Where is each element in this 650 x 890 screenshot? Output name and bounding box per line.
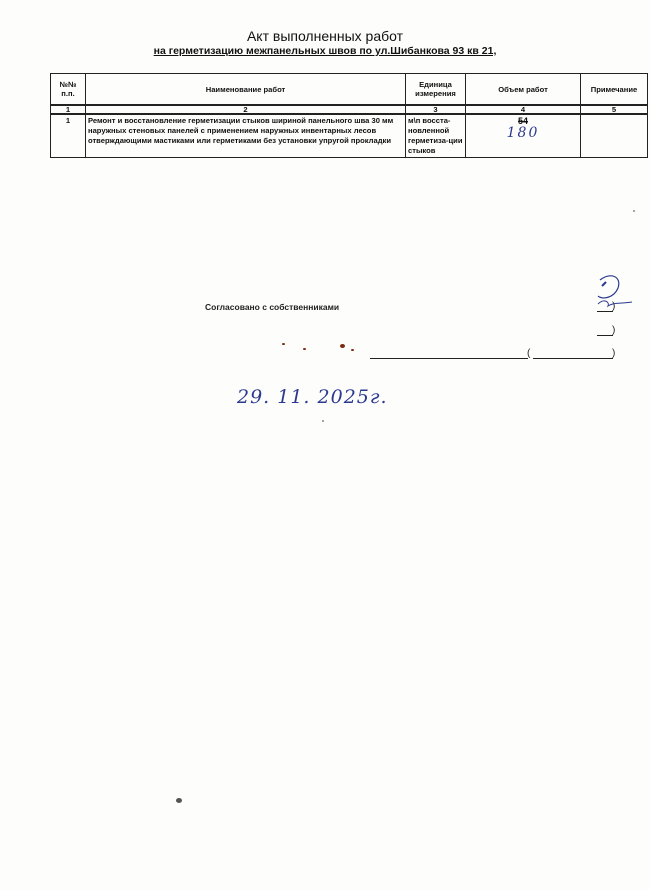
header-note: Примечание bbox=[581, 74, 648, 106]
paren-close: ) bbox=[612, 325, 615, 336]
row-note bbox=[581, 114, 648, 158]
signature-line bbox=[533, 358, 613, 359]
header-work-name: Наименование работ bbox=[86, 74, 406, 106]
scan-speck bbox=[340, 344, 345, 348]
signature-line bbox=[370, 358, 528, 359]
signature-line bbox=[597, 335, 613, 336]
column-number: 1 bbox=[51, 105, 86, 114]
header-number: №№ п.п. bbox=[51, 74, 86, 106]
handwritten-date: 29. 11. 2025г. bbox=[237, 386, 388, 408]
scan-speck bbox=[176, 798, 182, 803]
row-unit: м\п восста-новленной герметиза-ции стыко… bbox=[406, 114, 466, 158]
column-numbers-row: 1 2 3 4 5 bbox=[51, 105, 648, 114]
column-number: 5 bbox=[581, 105, 648, 114]
signature-scribble-icon bbox=[590, 272, 650, 322]
column-number: 2 bbox=[86, 105, 406, 114]
column-number: 4 bbox=[466, 105, 581, 114]
paren-close: ) bbox=[612, 348, 615, 359]
scan-speck bbox=[351, 349, 354, 351]
row-number: 1 bbox=[51, 114, 86, 158]
table-header-row: №№ п.п. Наименование работ Единица измер… bbox=[51, 74, 648, 106]
works-table: №№ п.п. Наименование работ Единица измер… bbox=[50, 73, 648, 158]
scan-speck bbox=[322, 420, 324, 422]
header-unit: Единица измерения bbox=[406, 74, 466, 106]
document-subtitle: на герметизацию межпанельных швов по ул.… bbox=[0, 45, 650, 57]
document-title: Акт выполненных работ bbox=[0, 28, 650, 44]
row-volume: 54 180 bbox=[466, 114, 581, 158]
table-row: 1 Ремонт и восстановление герметизации с… bbox=[51, 114, 648, 158]
row-work-name: Ремонт и восстановление герметизации сты… bbox=[86, 114, 406, 158]
column-number: 3 bbox=[406, 105, 466, 114]
paren-open: ( bbox=[527, 348, 530, 359]
scan-speck bbox=[633, 210, 635, 212]
scan-speck bbox=[282, 343, 285, 345]
approval-label: Согласовано с собственниками bbox=[205, 302, 339, 312]
volume-handwritten: 180 bbox=[468, 126, 578, 140]
scan-speck bbox=[303, 348, 306, 350]
header-volume: Объем работ bbox=[466, 74, 581, 106]
